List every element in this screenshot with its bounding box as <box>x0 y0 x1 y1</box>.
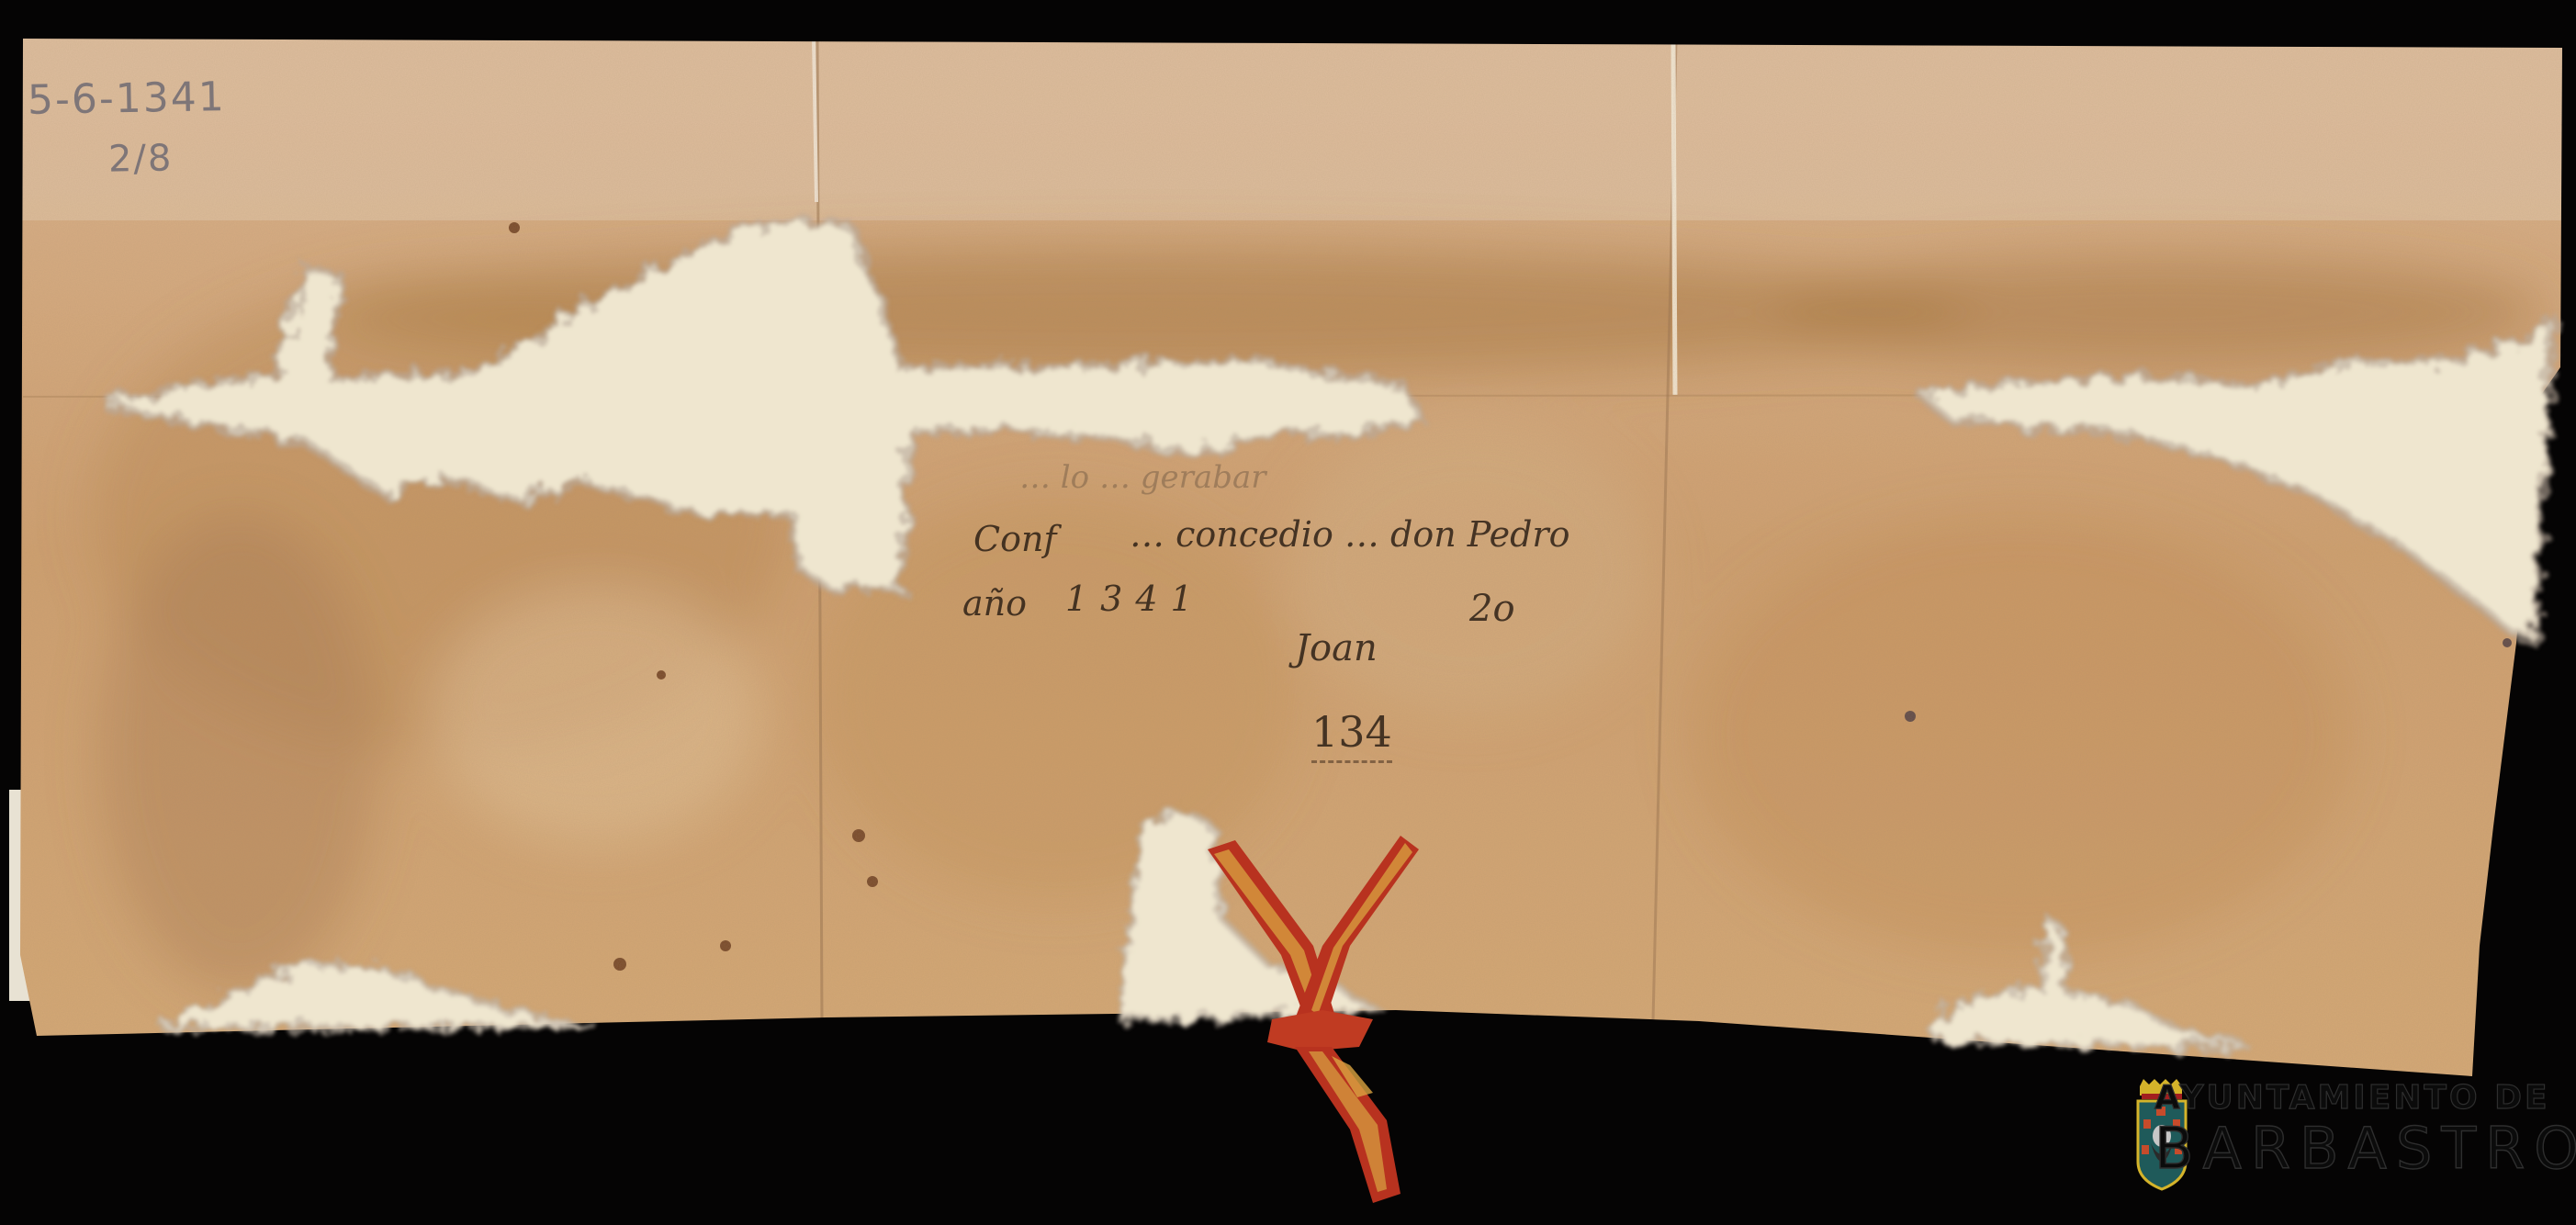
ink-line-faded: … lo … gerabar <box>1019 459 1266 496</box>
watermark-line1: AYUNTAMIENTO DE <box>2154 1082 2576 1115</box>
ink-suffix: 2o <box>1469 588 1515 630</box>
pencil-ref: 2/8 <box>108 137 174 180</box>
ink-year-label: año <box>962 583 1027 624</box>
document-scan: 5-6-1341 2/8 … lo … gerabar Conf … conce… <box>0 0 2576 1225</box>
catalog-number: 134 <box>1311 707 1392 763</box>
ink-line-concedio: … concedio … don Pedro <box>1130 514 1569 555</box>
ink-joan: Joan <box>1295 627 1378 669</box>
ink-line-prefix: Conf <box>973 519 1057 559</box>
ink-year: 1341 <box>1065 579 1206 619</box>
parchment-image <box>0 0 2576 1225</box>
watermark: AYUNTAMIENTO DE BARBASTRO <box>2129 1074 2533 1185</box>
pencil-date: 5-6-1341 <box>28 73 227 124</box>
watermark-text: AYUNTAMIENTO DE BARBASTRO <box>2154 1082 2576 1177</box>
watermark-line2: BARBASTRO <box>2154 1120 2576 1177</box>
